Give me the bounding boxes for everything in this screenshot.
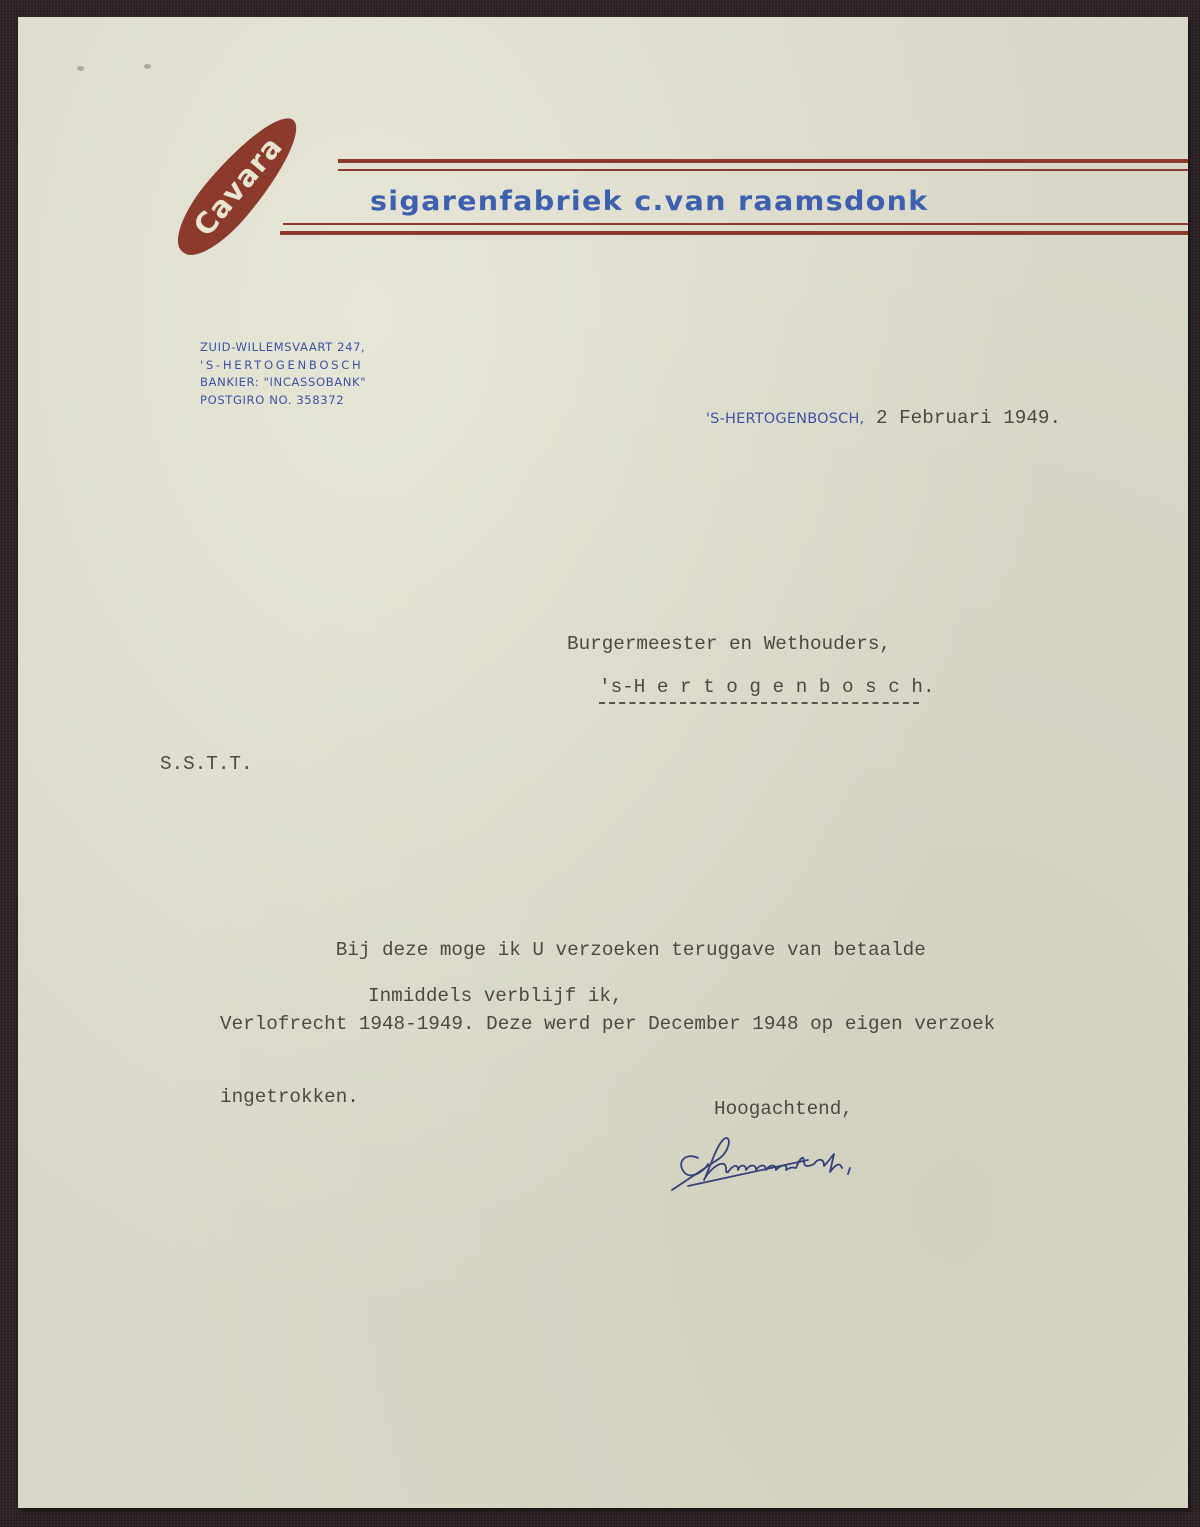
recipient-name: Burgermeester en Wethouders, bbox=[567, 633, 891, 655]
dateline: 'S-HERTOGENBOSCH, 2 Februari 1949. bbox=[706, 407, 1061, 429]
letter-body: Bij deze moge ik U verzoeken teruggave v… bbox=[220, 889, 995, 1134]
address-street: ZUID-WILLEMSVAART 247, bbox=[200, 339, 366, 357]
header-rule-bottom-thick bbox=[280, 231, 1188, 235]
header-rule-top-thin bbox=[338, 169, 1188, 171]
handwritten-signature-icon bbox=[668, 1128, 868, 1198]
body-line: Verlofrecht 1948-1949. Deze werd per Dec… bbox=[220, 1012, 995, 1037]
regards: Hoogachtend, bbox=[714, 1098, 853, 1120]
punch-hole-mark bbox=[77, 66, 84, 71]
company-name: Sigarenfabriek C.van Raamsdonk bbox=[370, 186, 1144, 217]
address-postgiro: POSTGIRO NO. 358372 bbox=[200, 392, 366, 410]
recipient-city: 's-H e r t o g e n b o s c h. bbox=[599, 676, 935, 698]
dateline-place: 'S-HERTOGENBOSCH, bbox=[706, 411, 864, 427]
dateline-date: 2 Februari 1949. bbox=[864, 407, 1061, 429]
address-bank: BANKIER: "INCASSOBANK" bbox=[200, 374, 366, 392]
recipient-city-underline bbox=[599, 702, 919, 704]
company-address: ZUID-WILLEMSVAART 247, 'S-HERTOGENBOSCH … bbox=[200, 339, 366, 409]
address-city: 'S-HERTOGENBOSCH bbox=[200, 357, 366, 375]
header-rule-bottom-thin bbox=[283, 223, 1188, 225]
punch-hole-mark bbox=[144, 64, 151, 69]
body-line: Bij deze moge ik U verzoeken teruggave v… bbox=[220, 938, 995, 963]
body-line: ingetrokken. bbox=[220, 1085, 995, 1110]
recipient-city-block: 's-H e r t o g e n b o s c h. bbox=[599, 676, 935, 698]
header-rule-top-thick bbox=[338, 159, 1188, 163]
closing-line: Inmiddels verblijf ik, bbox=[368, 985, 623, 1007]
salutation: S.S.T.T. bbox=[160, 753, 253, 775]
